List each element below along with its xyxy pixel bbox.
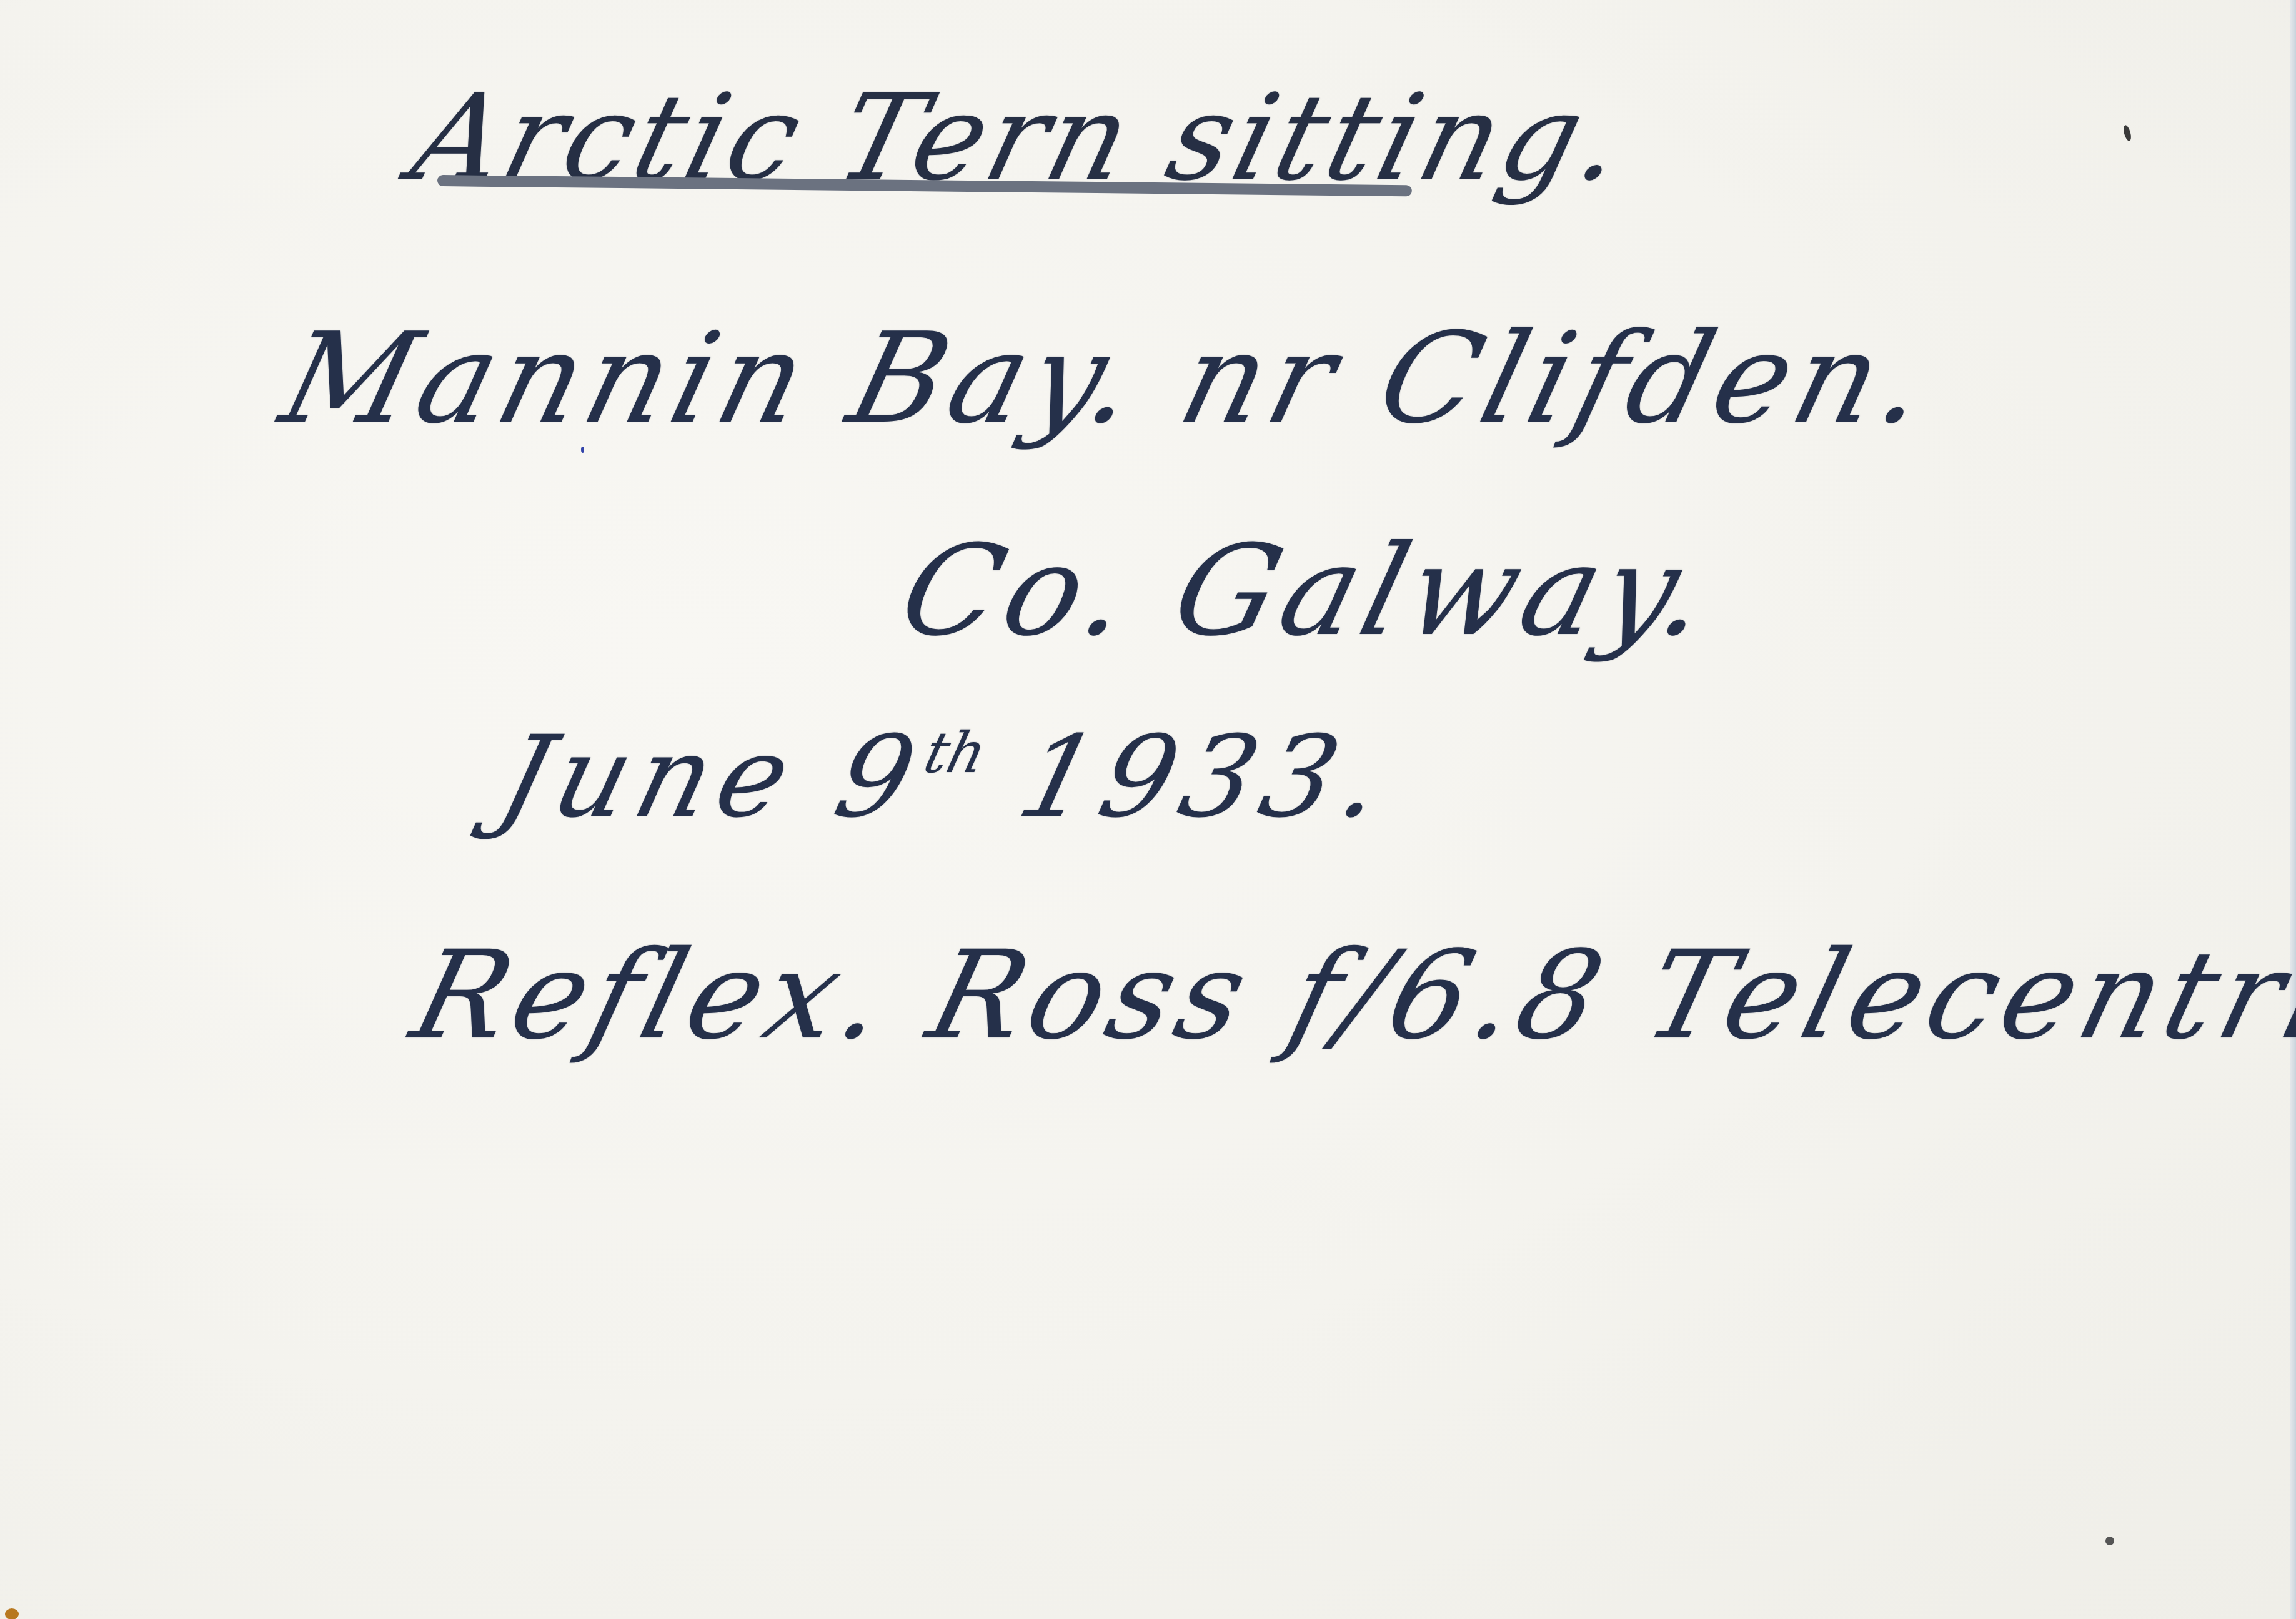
note-card: Arctic Tern sitting. Mannin Bay. nr Clif… — [0, 0, 2296, 1619]
camera-details-line: Reflex. Ross f/6.8 Telecentric. — [400, 924, 2296, 1066]
date-year: 1933. — [962, 712, 1405, 843]
county-line: Co. Galway. — [887, 518, 1730, 664]
paper-speck — [2105, 1537, 2114, 1545]
date-day: June 9 — [487, 712, 936, 843]
card-edge — [2290, 0, 2296, 1619]
location-line: Mannin Bay. nr Clifden. — [269, 306, 1948, 452]
paper-speck — [2122, 124, 2132, 142]
ink-speck — [581, 447, 584, 453]
foxing-spot — [5, 1608, 19, 1619]
date-line: June 9th 1933. — [487, 712, 1405, 843]
